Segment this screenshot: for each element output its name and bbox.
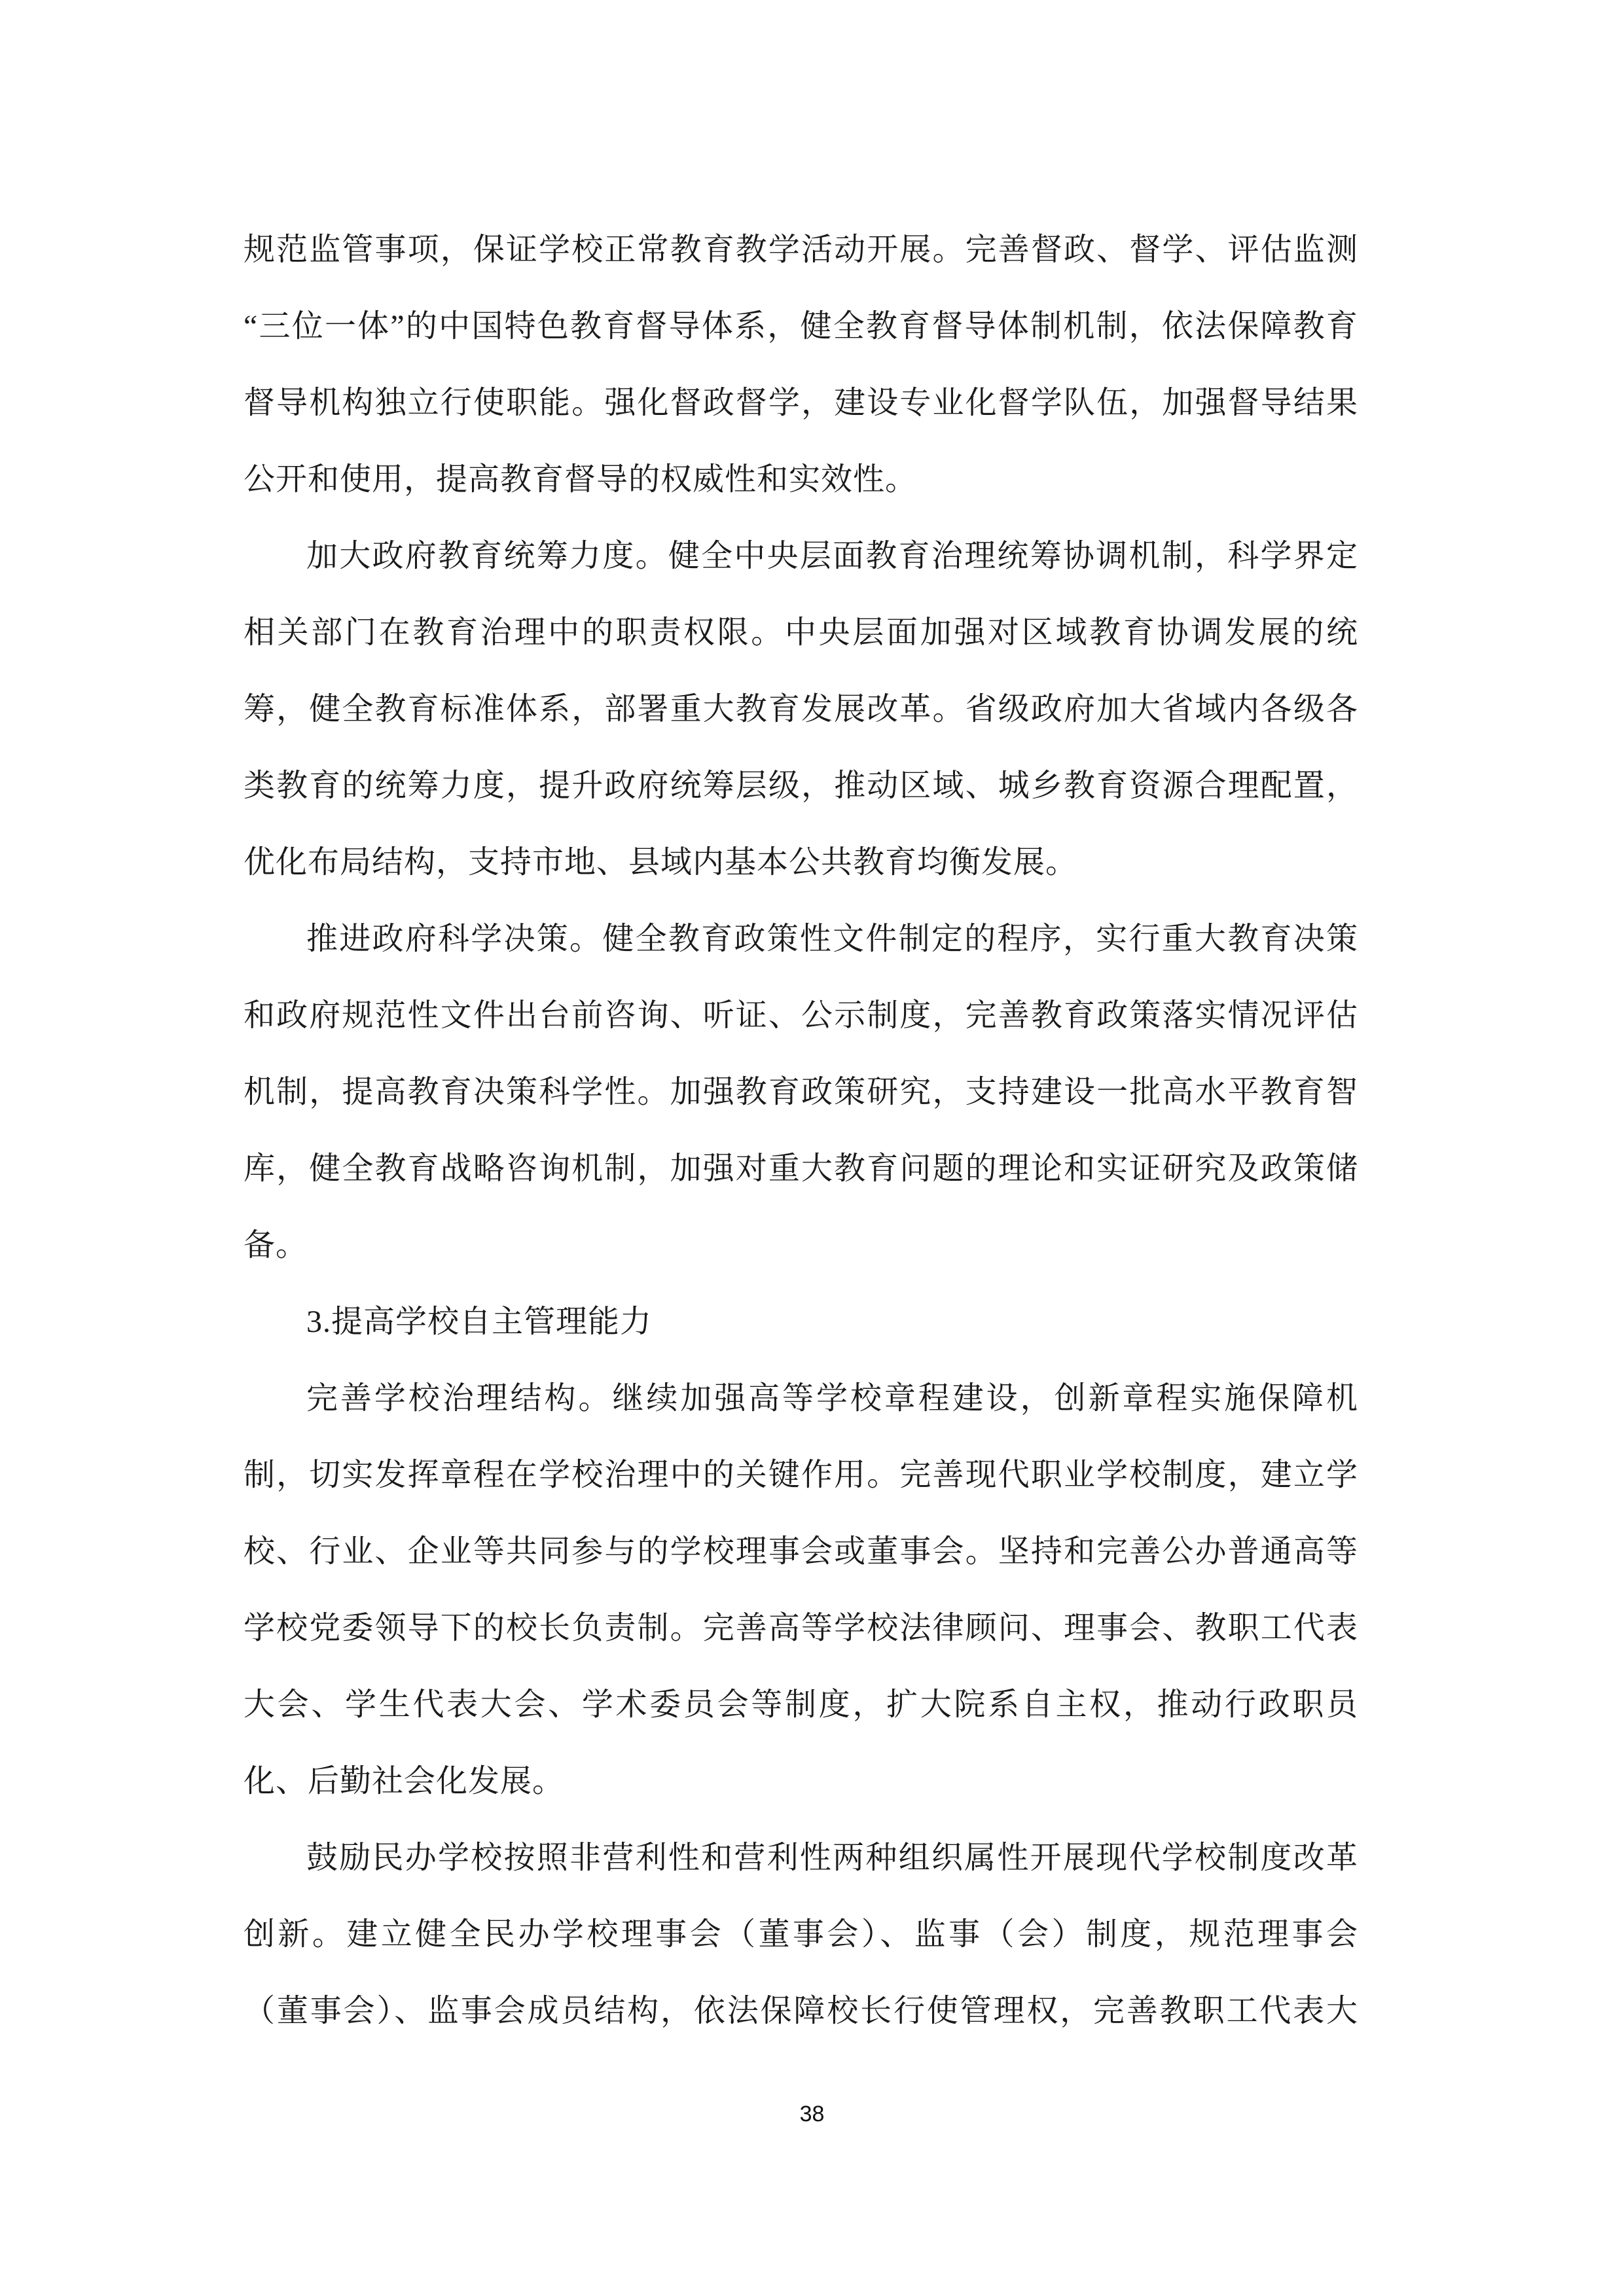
text-line: 加大政府教育统筹力度。健全中央层面教育治理统筹协调机制，科学界定	[244, 518, 1358, 594]
text-line: （董事会）、监事会成员结构，依法保障校长行使管理权，完善教职工代表大	[244, 1973, 1358, 2049]
text-line: 校、行业、企业等共同参与的学校理事会或董事会。坚持和完善公办普通高等	[244, 1513, 1358, 1590]
text-line: 大会、学生代表大会、学术委员会等制度，扩大院系自主权，推动行政职员	[244, 1666, 1358, 1743]
text-line: 完善学校治理结构。继续加强高等学校章程建设，创新章程实施保障机	[244, 1360, 1358, 1437]
text-line: 筹，健全教育标准体系，部署重大教育发展改革。省级政府加大省域内各级各	[244, 671, 1358, 747]
text-line: 鼓励民办学校按照非营利性和营利性两种组织属性开展现代学校制度改革	[244, 1820, 1358, 1896]
text-line: 制，切实发挥章程在学校治理中的关键作用。完善现代职业学校制度，建立学	[244, 1437, 1358, 1513]
text-line: 规范监管事项，保证学校正常教育教学活动开展。完善督政、督学、评估监测	[244, 211, 1358, 288]
document-body: 规范监管事项，保证学校正常教育教学活动开展。完善督政、督学、评估监测“三位一体”…	[244, 211, 1358, 2049]
text-line: 备。	[244, 1207, 1358, 1283]
text-line: “三位一体”的中国特色教育督导体系，健全教育督导体制机制，依法保障教育	[244, 288, 1358, 365]
text-line: 类教育的统筹力度，提升政府统筹层级，推动区域、城乡教育资源合理配置，	[244, 747, 1358, 824]
text-line: 学校党委领导下的校长负责制。完善高等学校法律顾问、理事会、教职工代表	[244, 1590, 1358, 1666]
text-line: 优化布局结构，支持市地、县域内基本公共教育均衡发展。	[244, 824, 1358, 901]
page-number: 38	[0, 2100, 1624, 2128]
text-line: 3.提高学校自主管理能力	[244, 1283, 1358, 1360]
text-line: 相关部门在教育治理中的职责权限。中央层面加强对区域教育协调发展的统	[244, 594, 1358, 671]
text-line: 创新。建立健全民办学校理事会（董事会）、监事（会）制度，规范理事会	[244, 1896, 1358, 1973]
text-line: 库，健全教育战略咨询机制，加强对重大教育问题的理论和实证研究及政策储	[244, 1130, 1358, 1207]
text-line: 机制，提高教育决策科学性。加强教育政策研究，支持建设一批高水平教育智	[244, 1054, 1358, 1130]
text-line: 督导机构独立行使职能。强化督政督学，建设专业化督学队伍，加强督导结果	[244, 365, 1358, 441]
document-page: 规范监管事项，保证学校正常教育教学活动开展。完善督政、督学、评估监测“三位一体”…	[0, 0, 1624, 2296]
text-line: 推进政府科学决策。健全教育政策性文件制定的程序，实行重大教育决策	[244, 901, 1358, 977]
text-line: 公开和使用，提高教育督导的权威性和实效性。	[244, 441, 1358, 518]
text-line: 和政府规范性文件出台前咨询、听证、公示制度，完善教育政策落实情况评估	[244, 977, 1358, 1054]
text-line: 化、后勤社会化发展。	[244, 1743, 1358, 1820]
